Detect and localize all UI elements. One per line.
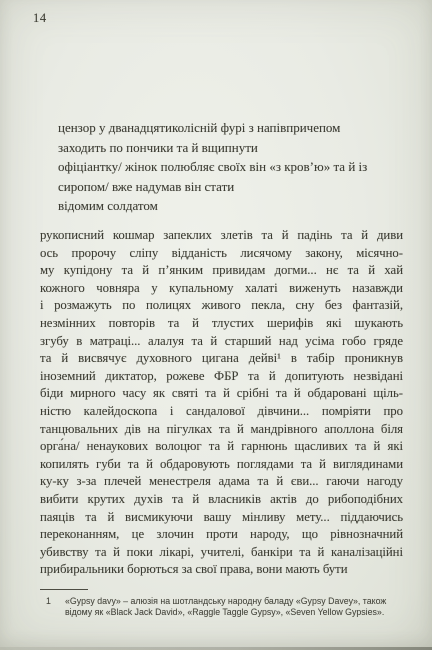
text-line: орга́на/ ненаукових волоцюг та й гарнюнь…	[40, 438, 403, 456]
body-paragraph: рукописний кошмар запеклих злетів та й п…	[40, 227, 403, 579]
text-line: відомим солдатом	[58, 196, 424, 216]
text-line: біди мирного часу як святі та й срібні т…	[40, 385, 403, 403]
text-line: паяців та й висмикуючи вашу мінливу мету…	[40, 509, 403, 527]
page-number: 14	[33, 11, 47, 26]
text-line: сиропом/ вже надумав він стати	[58, 177, 424, 197]
text-line: переконанням, це злочин проти народу, що…	[40, 526, 403, 544]
text-line: заходить по пончики та й вщипнути	[58, 138, 424, 158]
text-line: незмінних повторів та й тлустих шерифів …	[40, 315, 403, 333]
text-line: ністю калейдоскопа і сандалової дівчини.…	[40, 403, 403, 421]
text-line: вибити крутих духів та й власників актів…	[40, 491, 403, 509]
text-line: рукописний кошмар запеклих злетів та й п…	[40, 227, 403, 245]
text-line: іноземний диктатор, рожеве ФБР та й допи…	[40, 368, 403, 386]
footnote-text: «Gypsy davy» – алюзія на шотландську нар…	[65, 596, 398, 619]
text-line: ку-ку з-за плечей менестреля адама та й …	[40, 473, 403, 491]
text-line: убивству та й поки лікарі, учителі, банк…	[40, 544, 403, 562]
text-line: танцювальних дів на пігулках та й мандрі…	[40, 421, 403, 439]
text-line: і розмажуть по полицях живого пекла, сну…	[40, 297, 403, 315]
footnote-divider	[40, 589, 88, 590]
text-line: офіціантку/ жінок полюбляє своїх він «з …	[58, 157, 424, 177]
verse-block: цензор у дванадцятиколісній фурі з напів…	[58, 118, 424, 216]
text-line: ось пророчу сліпу відданість лисячому за…	[40, 245, 403, 263]
text-line: копилять губи та й обдаровують поглядами…	[40, 456, 403, 474]
text-line: та й висвячує духовного цигана дейві¹ в …	[40, 350, 403, 368]
book-page: 14 цензор у дванадцятиколісній фурі з на…	[0, 0, 432, 650]
footnote: 1 «Gypsy davy» – алюзія на шотландську н…	[46, 596, 398, 619]
footnote-number: 1	[46, 596, 65, 619]
text-line: прибиральники борються за свої права, во…	[40, 561, 403, 579]
text-line: «Gypsy davy» – алюзія на шотландську нар…	[65, 596, 398, 607]
text-line: згубу в матраці... алалуя та й старший н…	[40, 333, 403, 351]
text-line: цензор у дванадцятиколісній фурі з напів…	[58, 118, 424, 138]
text-line: кожного човняра у купальному халаті виже…	[40, 280, 403, 298]
text-line: відому як «Black Jack David», «Raggle Ta…	[65, 607, 398, 618]
text-line: му купідону та й п’янким привидам догми.…	[40, 262, 403, 280]
